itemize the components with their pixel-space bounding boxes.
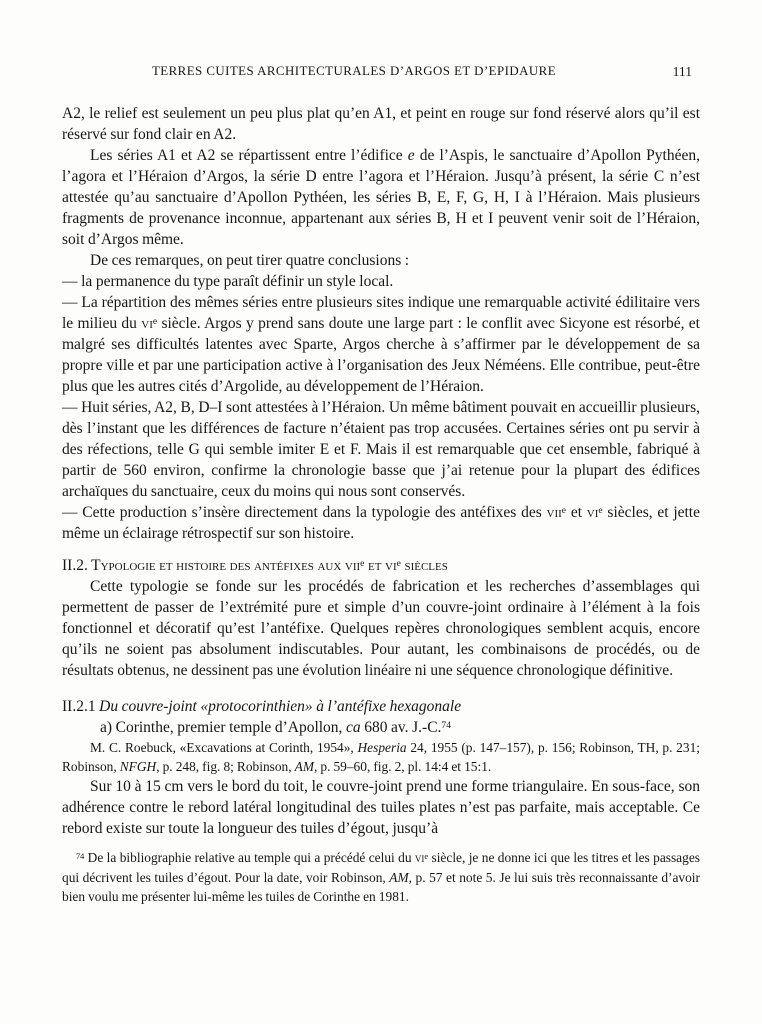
text-run: 680 av. J.-C. bbox=[361, 719, 442, 736]
text-run: NFGH bbox=[120, 759, 156, 774]
text-run: Hesperia bbox=[358, 740, 407, 755]
text-run: — Huit séries, A2, B, D–I sont attestées… bbox=[62, 399, 700, 500]
conclusion-1: — la permanence du type paraît définir u… bbox=[62, 271, 700, 292]
text-run: e bbox=[360, 558, 364, 569]
text-run: 74 bbox=[441, 720, 451, 731]
text-run: e bbox=[598, 505, 602, 516]
text-run: e bbox=[397, 558, 401, 569]
paragraph-typologie: Cette typologie se fonde sur les procédé… bbox=[62, 576, 700, 681]
text-run: e bbox=[408, 147, 415, 164]
paragraph-remarques: De ces remarques, on peut tirer quatre c… bbox=[62, 250, 700, 271]
conclusion-4: — Cette production s’insère directement … bbox=[62, 502, 700, 544]
text-run: et bbox=[566, 504, 587, 521]
running-header: TERRES CUITES ARCHITECTURALES D’ARGOS ET… bbox=[62, 64, 700, 82]
text-run: — la permanence du type paraît définir u… bbox=[62, 273, 393, 290]
text-run: , p. 248, fig. 8; Robinson, bbox=[156, 759, 294, 774]
text-run: et vi bbox=[364, 557, 396, 574]
text-run: , p. 59–60, fig. 2, pl. 14:4 et 15:1. bbox=[314, 759, 491, 774]
text-run: siècle. Argos y prend sans doute une lar… bbox=[62, 315, 700, 395]
text-run: e bbox=[153, 316, 157, 327]
text-run: II.2.1 bbox=[62, 698, 99, 715]
text-run: De ces remarques, on peut tirer quatre c… bbox=[90, 252, 409, 269]
conclusion-3: — Huit séries, A2, B, D–I sont attestées… bbox=[62, 397, 700, 502]
paragraph-sur-10-a-15: Sur 10 à 15 cm vers le bord du toit, le … bbox=[62, 776, 700, 839]
page-number: 111 bbox=[673, 64, 692, 80]
text-run: — Cette production s’insère directement … bbox=[62, 504, 547, 521]
text-run: 74 bbox=[76, 852, 84, 861]
text-run: vi bbox=[587, 504, 599, 521]
paragraph-a2-relief: A2, le relief est seulement un peu plus … bbox=[62, 103, 700, 145]
document-body: A2, le relief est seulement un peu plus … bbox=[62, 103, 700, 907]
text-run: ypologie et histoire des antéfixes aux v… bbox=[101, 557, 361, 574]
text-run: siècles bbox=[401, 557, 448, 574]
bibliography: M. C. Roebuck, «Excavations at Corinth, … bbox=[62, 738, 700, 776]
text-run: e bbox=[424, 852, 428, 861]
text-run: vi bbox=[141, 315, 153, 332]
subsubsection-heading-a: a) Corinthe, premier temple d’Apollon, c… bbox=[62, 717, 700, 738]
text-run: De la bibliographie relative au temple q… bbox=[84, 850, 415, 865]
text-run: M. C. Roebuck, «Excavations at Corinth, … bbox=[90, 740, 358, 755]
text-run: e bbox=[562, 505, 566, 516]
text-run: A2, le relief est seulement un peu plus … bbox=[62, 105, 700, 143]
footnote-74: 74 De la bibliographie relative au templ… bbox=[62, 848, 700, 907]
section-heading-ii2: II.2. Typologie et histoire des antéfixe… bbox=[62, 555, 700, 576]
text-run: AM bbox=[389, 870, 408, 885]
text-run: AM bbox=[295, 759, 314, 774]
subsection-heading-ii21: II.2.1 Du couvre-joint «protocorinthien»… bbox=[62, 696, 700, 717]
text-run: Du couvre-joint «protocorinthien» à l’an… bbox=[99, 698, 461, 715]
conclusion-2: — La répartition des mêmes séries entre … bbox=[62, 292, 700, 397]
text-run: Les séries A1 et A2 se répartissent entr… bbox=[90, 147, 408, 164]
scanned-document-page: TERRES CUITES ARCHITECTURALES D’ARGOS ET… bbox=[0, 0, 762, 1024]
paragraph-series-repartition: Les séries A1 et A2 se répartissent entr… bbox=[62, 145, 700, 250]
text-run: Cette typologie se fonde sur les procédé… bbox=[62, 578, 700, 679]
text-run: vii bbox=[547, 504, 562, 521]
header-title: TERRES CUITES ARCHITECTURALES D’ARGOS ET… bbox=[62, 64, 700, 79]
text-run: Sur 10 à 15 cm vers le bord du toit, le … bbox=[62, 778, 700, 837]
text-run: vi bbox=[415, 850, 425, 865]
text-run: ca bbox=[346, 719, 361, 736]
text-run: a) Corinthe, premier temple d’Apollon, bbox=[100, 719, 346, 736]
text-run: II.2. T bbox=[62, 557, 101, 574]
